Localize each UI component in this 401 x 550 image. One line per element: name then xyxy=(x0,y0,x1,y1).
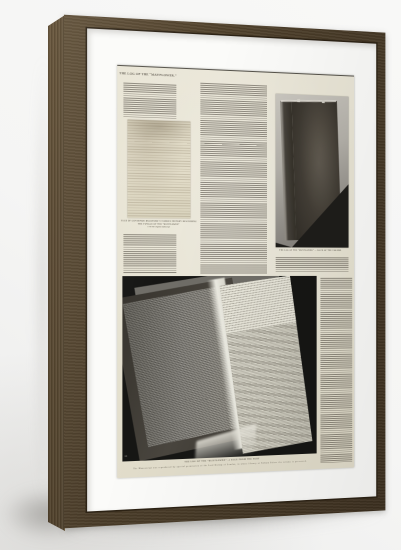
open-book-photo: 246 xyxy=(122,276,316,462)
text-column-1-top xyxy=(123,83,176,120)
picture-frame: THE LOG OF THE “MAYFLOWER.” PAGE OF GOVE… xyxy=(64,15,385,529)
manuscript-caption-line3: From the Original Manuscript xyxy=(117,226,200,233)
newspaper-headline: THE LOG OF THE “MAYFLOWER.” xyxy=(119,72,177,81)
manuscript-photo xyxy=(128,120,191,219)
text-column-3-bottom xyxy=(276,257,349,273)
headline-text: THE LOG OF THE “MAYFLOWER.” xyxy=(120,72,177,78)
text-column-2 xyxy=(200,83,267,274)
book-top-edge xyxy=(281,100,336,102)
frame-scene: THE LOG OF THE “MAYFLOWER.” PAGE OF GOVE… xyxy=(67,24,394,519)
book-cover-photo xyxy=(276,94,349,248)
photo-corner-mark: 246 xyxy=(124,442,133,461)
text-column-4-narrow xyxy=(320,278,352,463)
text-column-1-bottom xyxy=(123,234,176,273)
book-clasps xyxy=(297,99,299,102)
framed-print-photograph: THE LOG OF THE “MAYFLOWER.” PAGE OF GOVE… xyxy=(0,0,401,550)
book-cover-caption: THE LOG OF THE “MAYFLOWER” — BACK OF THE… xyxy=(267,249,354,256)
frame-side-face xyxy=(48,15,65,531)
newspaper-print: THE LOG OF THE “MAYFLOWER.” PAGE OF GOVE… xyxy=(117,65,354,478)
